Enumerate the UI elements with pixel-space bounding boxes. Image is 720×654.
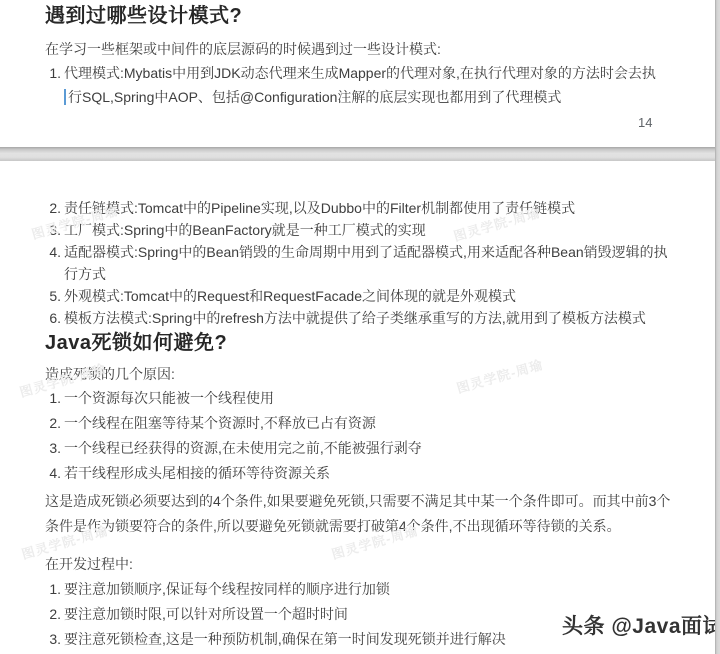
list-item: 6. 模板方法模式:Spring中的refresh方法中就提供了给子类继承重写的… — [45, 307, 705, 329]
list-item: 1. 代理模式:Mybatis中用到JDK动态代理来生成Mapper的代理对象,… — [45, 61, 705, 109]
list-item-number: 1. — [45, 61, 61, 109]
list-item: 3. 一个线程已经获得的资源,在未使用完之前,不能被强行剥夺 — [45, 436, 705, 461]
document-viewer: 遇到过哪些设计模式? 在学习一些框架或中间件的底层源码的时候遇到过一些设计模式:… — [0, 0, 720, 654]
list-item-number: 3. — [45, 627, 61, 652]
list-item-number: 4. — [45, 461, 61, 486]
list-item-number: 6. — [45, 307, 61, 329]
list-item-text: 一个线程在阻塞等待某个资源时,不释放已占有资源 — [61, 411, 705, 436]
design-patterns-list-part1: 1. 代理模式:Mybatis中用到JDK动态代理来生成Mapper的代理对象,… — [45, 61, 705, 109]
list-item-text: 代理模式:Mybatis中用到JDK动态代理来生成Mapper的代理对象,在执行… — [61, 61, 705, 109]
design-patterns-intro: 在学习一些框架或中间件的底层源码的时候遇到过一些设计模式: — [45, 37, 705, 61]
section-heading-java-deadlock: Java死锁如何避免? — [45, 329, 705, 357]
list-item-number: 1. — [45, 577, 61, 602]
list-item-number: 2. — [45, 602, 61, 627]
deadlock-causes-list: 1. 一个资源每次只能被一个线程使用 2. 一个线程在阻塞等待某个资源时,不释放… — [45, 386, 705, 486]
document-page-1[interactable]: 遇到过哪些设计模式? 在学习一些框架或中间件的底层源码的时候遇到过一些设计模式:… — [0, 0, 715, 147]
list-item-number: 2. — [45, 411, 61, 436]
list-item-text: 责任链模式:Tomcat中的Pipeline实现,以及Dubbo中的Filter… — [61, 197, 705, 219]
channel-watermark: 头条 @Java面试 — [562, 610, 720, 640]
page-right-edge — [715, 0, 720, 654]
text-cursor-caret — [64, 89, 66, 105]
list-item-number: 2. — [45, 197, 61, 219]
list-item-text: 模板方法模式:Spring中的refresh方法中就提供了给子类继承重写的方法,… — [61, 307, 705, 329]
list-item: 4. 若干线程形成头尾相接的循环等待资源关系 — [45, 461, 705, 486]
list-item-number: 4. — [45, 241, 61, 285]
list-item-number: 5. — [45, 285, 61, 307]
list-item: 2. 责任链模式:Tomcat中的Pipeline实现,以及Dubbo中的Fil… — [45, 197, 705, 219]
list-item: 1. 要注意加锁顺序,保证每个线程按同样的顺序进行加锁 — [45, 577, 705, 602]
list-item: 3. 工厂模式:Spring中的BeanFactory就是一种工厂模式的实现 — [45, 219, 705, 241]
list-item-text: 外观模式:Tomcat中的Request和RequestFacade之间体现的就… — [61, 285, 705, 307]
list-item-text: 工厂模式:Spring中的BeanFactory就是一种工厂模式的实现 — [61, 219, 705, 241]
list-item-text: 一个资源每次只能被一个线程使用 — [61, 386, 705, 411]
list-item-number: 3. — [45, 219, 61, 241]
list-item-text: 适配器模式:Spring中的Bean销毁的生命周期中用到了适配器模式,用来适配各… — [61, 241, 705, 285]
design-patterns-list-part2: 2. 责任链模式:Tomcat中的Pipeline实现,以及Dubbo中的Fil… — [45, 197, 705, 329]
document-page-2[interactable]: 2. 责任链模式:Tomcat中的Pipeline实现,以及Dubbo中的Fil… — [0, 161, 715, 654]
section-heading-design-patterns: 遇到过哪些设计模式? — [45, 2, 705, 30]
list-item: 2. 一个线程在阻塞等待某个资源时,不释放已占有资源 — [45, 411, 705, 436]
page-break-gap — [0, 147, 715, 161]
list-item: 1. 一个资源每次只能被一个线程使用 — [45, 386, 705, 411]
list-item-number: 3. — [45, 436, 61, 461]
deadlock-summary: 这是造成死锁必须要达到的4个条件,如果要避免死锁,只需要不满足其中某一个条件即可… — [45, 489, 705, 539]
list-item-number: 1. — [45, 386, 61, 411]
list-item-text: 要注意加锁顺序,保证每个线程按同样的顺序进行加锁 — [61, 577, 705, 602]
deadlock-causes-intro: 造成死锁的几个原因: — [45, 362, 705, 386]
list-item: 5. 外观模式:Tomcat中的Request和RequestFacade之间体… — [45, 285, 705, 307]
page-number: 14 — [638, 115, 652, 130]
list-item-text: 若干线程形成头尾相接的循环等待资源关系 — [61, 461, 705, 486]
list-item: 4. 适配器模式:Spring中的Bean销毁的生命周期中用到了适配器模式,用来… — [45, 241, 705, 285]
list-item-text: 一个线程已经获得的资源,在未使用完之前,不能被强行剥夺 — [61, 436, 705, 461]
dev-process-intro: 在开发过程中: — [45, 552, 705, 576]
